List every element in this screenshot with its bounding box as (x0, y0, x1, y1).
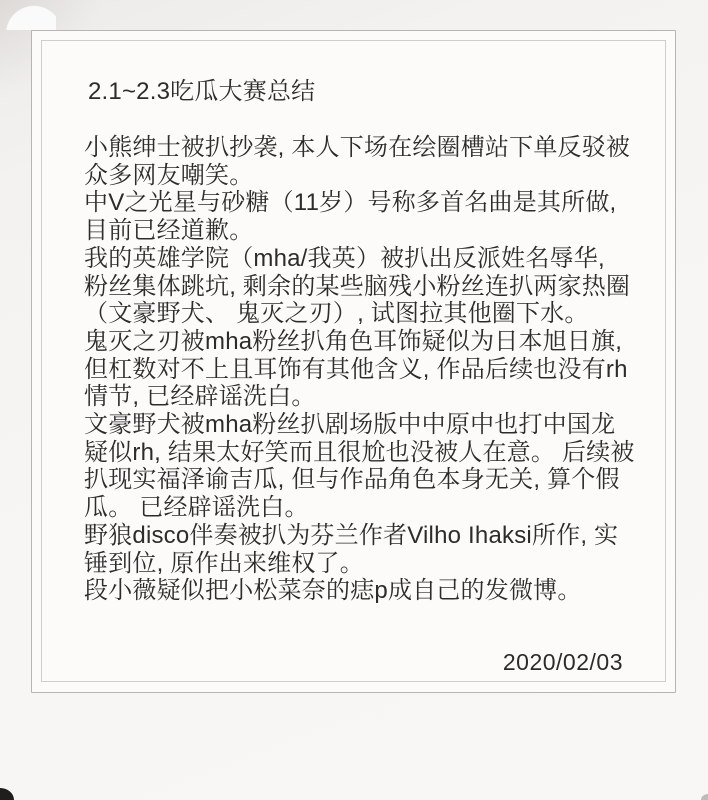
text-line: 段小薇疑似把小松菜奈的痣p成自己的发微博。 (84, 577, 643, 605)
text-line: 目前已经道歉。 (84, 217, 643, 245)
text-line: 但杠数对不上且耳饰有其他含义, 作品后续也没有rh (84, 356, 643, 384)
corner-speck (701, 794, 708, 800)
text-line: （文豪野犬、 鬼灭之刃）, 试图拉其他圈下水。 (84, 300, 643, 328)
note-card: 2.1~2.3吃瓜大赛总结 小熊绅士被扒抄袭, 本人下场在绘圈槽站下单反驳被众多… (31, 30, 676, 693)
text-line: 粉丝集体跳坑, 剩余的某些脑残小粉丝连扒两家热圈 (84, 273, 643, 301)
note-date: 2020/02/03 (84, 649, 643, 677)
note-card-inner-border: 2.1~2.3吃瓜大赛总结 小熊绅士被扒抄袭, 本人下场在绘圈槽站下单反驳被众多… (41, 40, 666, 682)
text-line: 瓜。 已经辟谣洗白。 (84, 494, 643, 522)
text-line: 中V之光星与砂糖（11岁）号称多首名曲是其所做, (84, 189, 643, 217)
text-line: 野狼disco伴奏被扒为芬兰作者Vilho Ihaksi所作, 实 (84, 522, 643, 550)
text-line: 扒现实福泽谕吉瓜, 但与作品角色本身无关, 算个假 (84, 466, 643, 494)
note-title: 2.1~2.3吃瓜大赛总结 (88, 78, 643, 106)
text-line: 锤到位, 原作出来维权了。 (84, 550, 643, 578)
text-line: 众多网友嘲笑。 (84, 162, 643, 190)
text-line: 疑似rh, 结果太好笑而且很尬也没被人在意。 后续被 (84, 439, 643, 467)
text-line: 文豪野犬被mha粉丝扒剧场版中中原中也打中国龙 (84, 411, 643, 439)
text-line: 情节, 已经辟谣洗白。 (84, 383, 643, 411)
note-body: 小熊绅士被扒抄袭, 本人下场在绘圈槽站下单反驳被众多网友嘲笑。中V之光星与砂糖（… (84, 134, 643, 605)
text-line: 小熊绅士被扒抄袭, 本人下场在绘圈槽站下单反驳被 (84, 134, 643, 162)
text-line: 鬼灭之刃被mha粉丝扒角色耳饰疑似为日本旭日旗, (84, 328, 643, 356)
text-line: 我的英雄学院（mha/我英）被扒出反派姓名辱华, (84, 245, 643, 273)
note-content: 2.1~2.3吃瓜大赛总结 小熊绅士被扒抄袭, 本人下场在绘圈槽站下单反驳被众多… (84, 78, 643, 677)
